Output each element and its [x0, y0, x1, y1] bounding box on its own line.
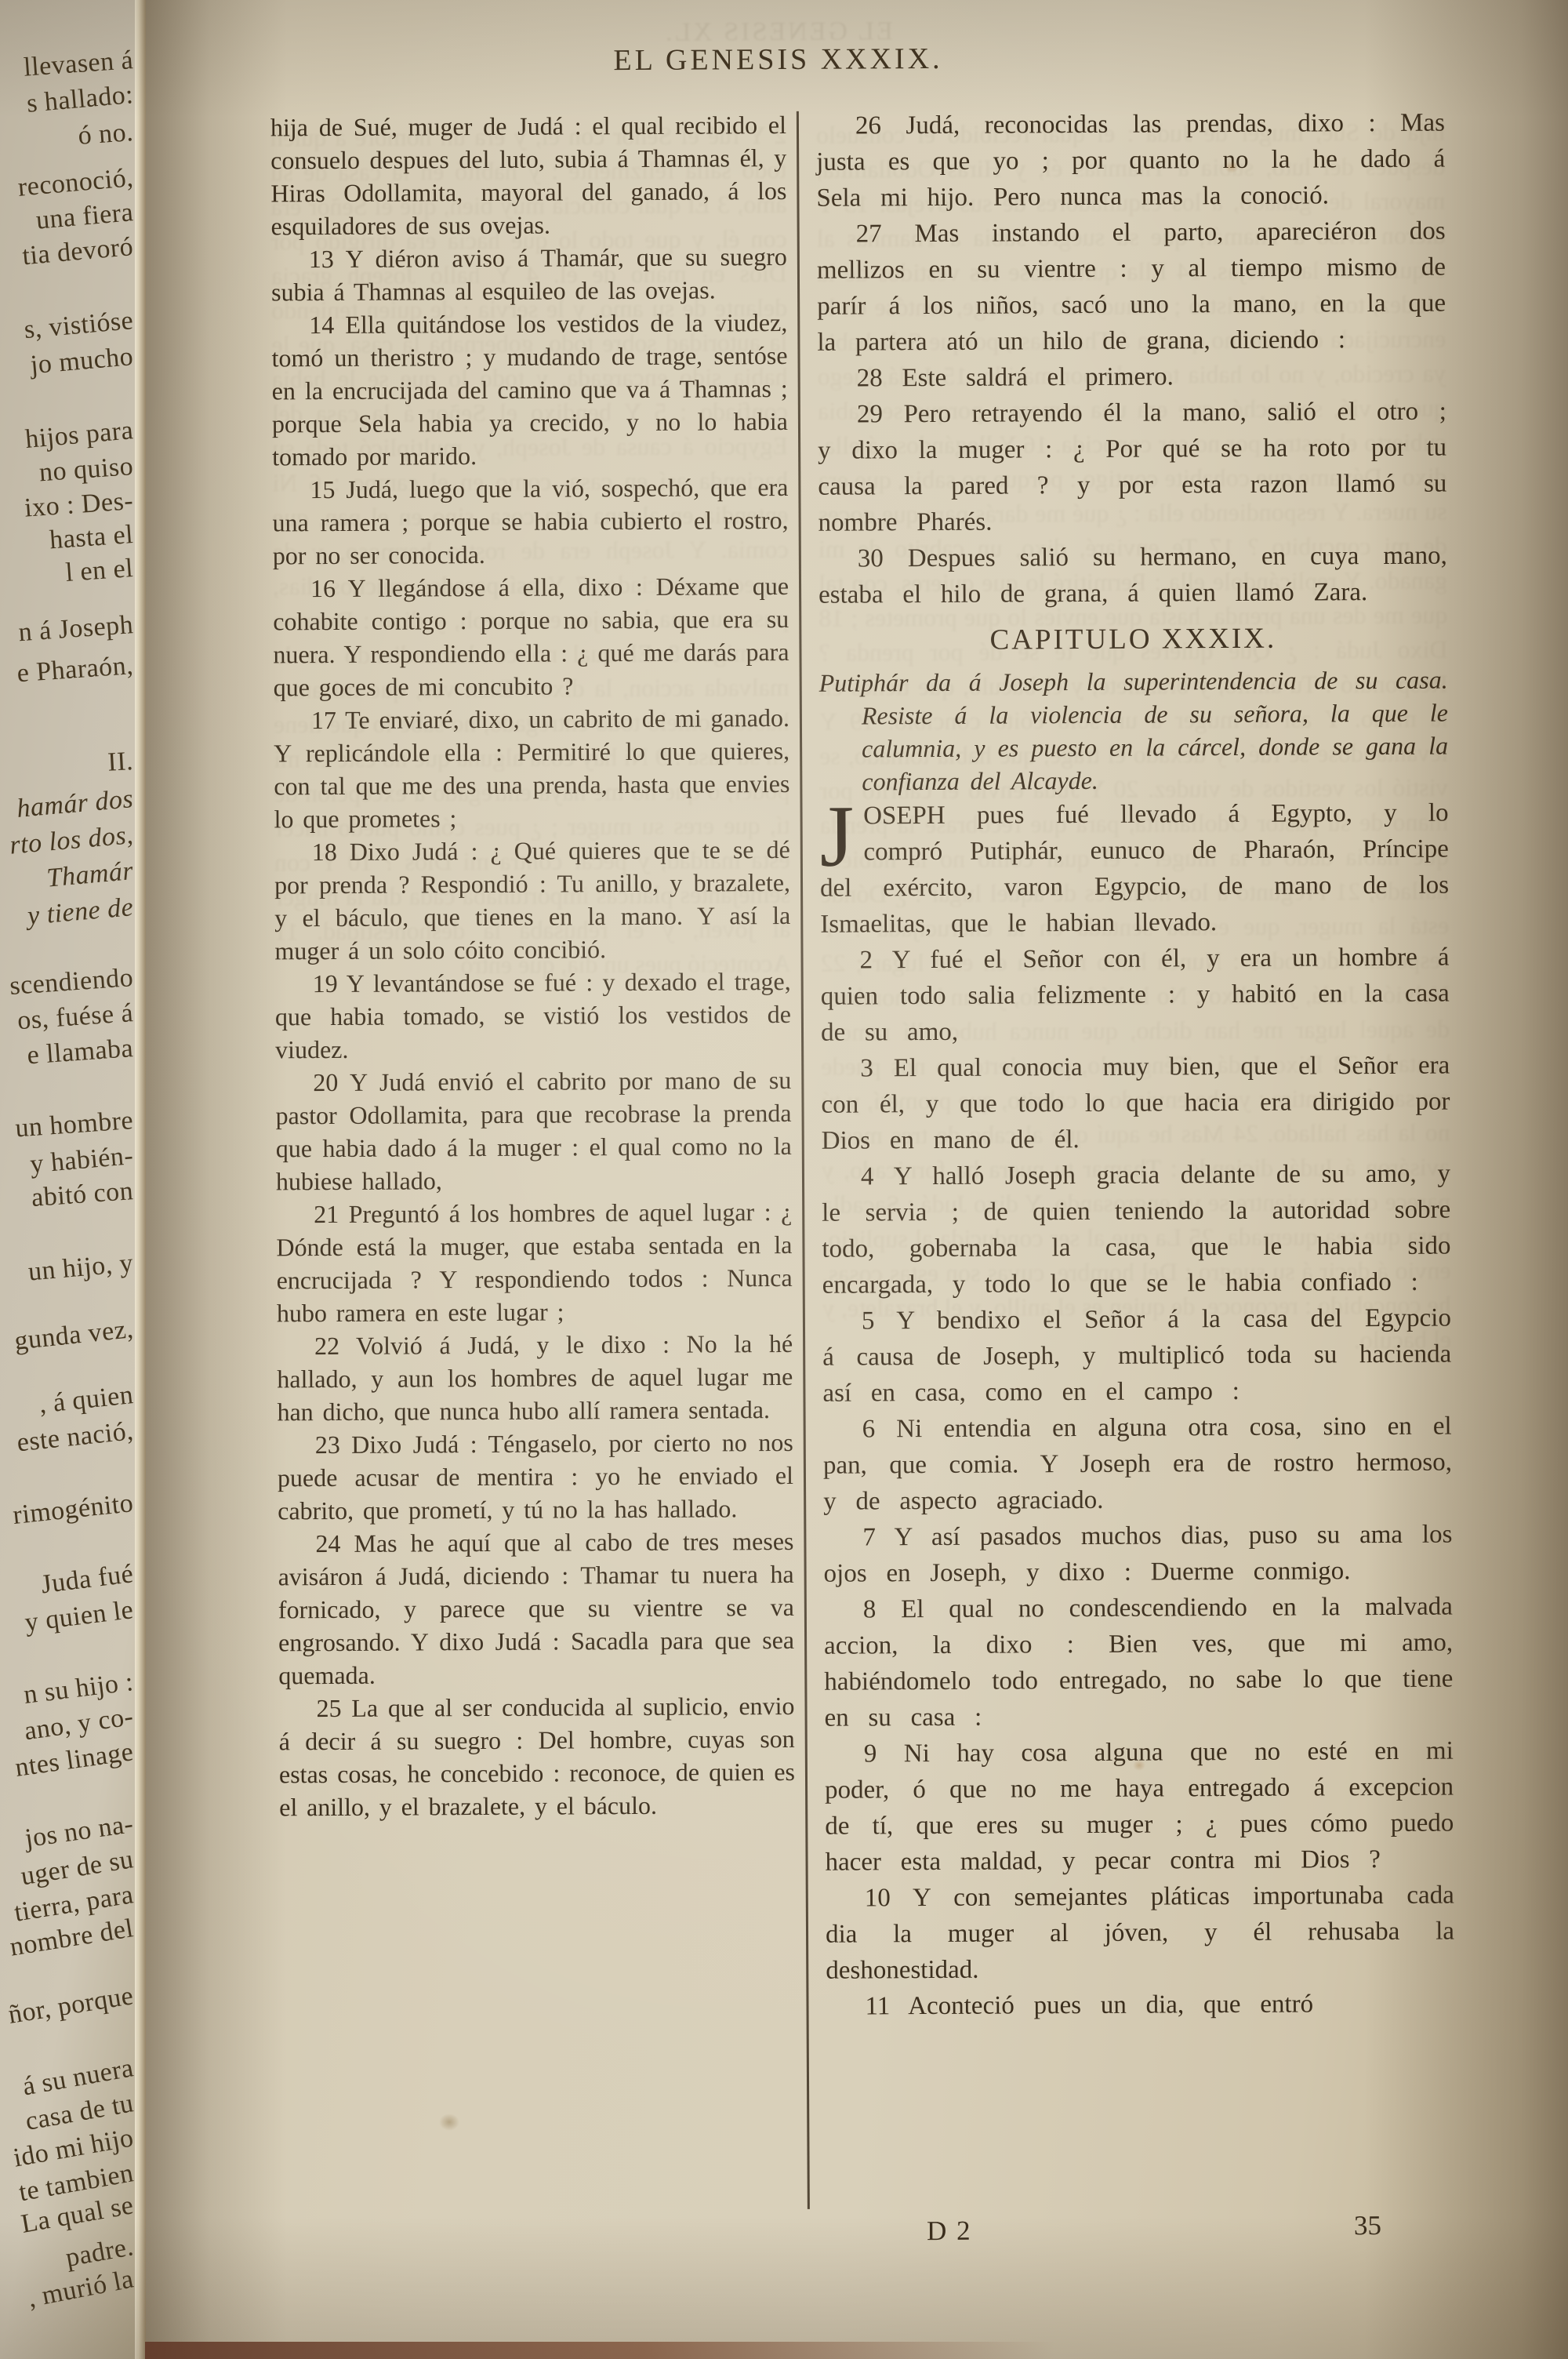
verse-paragraph: 24 Mas he aquí que al cabo de tres meses… — [278, 1525, 794, 1692]
page-text-block: 2 Y fué el Señor con él, y era un hombre… — [0, 0, 1568, 2359]
verse-paragraph: 30 Despues salió su hermano, en cuya man… — [818, 538, 1447, 613]
verse-paragraph: 21 Preguntó á los hombres de aquel lugar… — [276, 1195, 793, 1329]
verse-paragraph: 28 Este saldrá el primero. — [818, 358, 1446, 397]
verse-paragraph: 6 Ni entendia en alguna otra cosa, sino … — [823, 1408, 1453, 1520]
verse-paragraph: hija de Sué, muger de Judá : el qual rec… — [270, 108, 787, 242]
verse-paragraph: 25 La que al ser conducida al suplicio, … — [278, 1689, 795, 1823]
verse-paragraph: 10 Y con semejantes pláticas importunaba… — [826, 1877, 1455, 1989]
verse-paragraph: 17 Te enviaré, dixo, un cabrito de mi ga… — [274, 701, 790, 835]
page-number: 35 — [1354, 2210, 1381, 2241]
verse-paragraph: 3 El qual conocia muy bien, que el Señor… — [821, 1048, 1450, 1159]
verse-paragraph: 23 Dixo Judá : Téngaselo, por cierto no … — [278, 1426, 794, 1527]
chapter-heading: CAPITULO XXXIX. — [818, 618, 1447, 662]
book-edge-band — [145, 2342, 1054, 2359]
dropcap-paragraph: JOSEPH pues fué llevado á Egypto, y lo c… — [819, 795, 1449, 943]
signature-mark: D 2 — [927, 2215, 972, 2247]
verse-paragraph: 15 Judá, luego que la vió, sospechó, que… — [272, 471, 789, 572]
chapter-argument: Putiphár da á Joseph la superintendencia… — [819, 663, 1449, 798]
verse-paragraph: 26 Judá, reconocidas las prendas, dixo :… — [816, 105, 1446, 216]
verse-paragraph: 9 Ni hay cosa alguna que no esté en mi p… — [825, 1733, 1454, 1881]
verse-paragraph: 8 El qual no condescendiendo en la malva… — [824, 1589, 1454, 1736]
verse-paragraph: 22 Volvió á Judá, y le dixo : No la hé h… — [277, 1327, 793, 1428]
verse-paragraph: 13 Y diéron aviso á Thamár, que su suegr… — [271, 240, 787, 308]
verse-paragraph: 7 Y así pasados muchos dias, puso su ama… — [823, 1517, 1452, 1592]
verse-paragraph: 27 Mas instando el parto, apareciéron do… — [817, 213, 1446, 361]
verse-paragraph: 20 Y Judá envió el cabrito por mano de s… — [275, 1063, 792, 1198]
right-text-column: 26 Judá, reconocidas las prendas, dixo :… — [816, 105, 1455, 2025]
verse-paragraph: 16 Y llegándose á ella, dixo : Déxame qu… — [273, 569, 789, 703]
verse-paragraph: 2 Y fué el Señor con él, y era un hombre… — [820, 940, 1450, 1051]
running-head: EL GENESIS XXXIX. — [480, 41, 1076, 78]
verse-paragraph: 11 Aconteció pues un dia, que entró — [826, 1986, 1454, 2025]
verse-paragraph: 14 Ella quitándose los vestidos de la vi… — [271, 306, 788, 473]
dropcap-initial: J — [819, 798, 863, 868]
verse-paragraph: 4 Y halló Joseph gracia delante de su am… — [822, 1156, 1451, 1303]
dropcap-paragraph-text: OSEPH pues fué llevado á Egypto, y lo co… — [820, 799, 1449, 939]
verse-paragraph: 29 Pero retrayendo él la mano, salió el … — [818, 394, 1447, 541]
verse-paragraph: 18 Dixo Judá : ¿ Qué quieres que te se d… — [274, 833, 791, 967]
verse-paragraph: 19 Y levantándose se fué : y dexado el t… — [275, 965, 792, 1066]
left-text-column: hija de Sué, muger de Judá : el qual rec… — [270, 108, 795, 1823]
column-rule — [797, 111, 810, 2209]
verses-after-chapter: 2 Y fué el Señor con él, y era un hombre… — [820, 940, 1454, 2025]
verse-paragraph: 5 Y bendixo el Señor á la casa del Egypc… — [822, 1300, 1452, 1412]
scanned-book-page: llevasen ás hallado:ó no.reconoció,una f… — [0, 0, 1568, 2359]
verses-before-chapter: 26 Judá, reconocidas las prendas, dixo :… — [816, 105, 1447, 613]
